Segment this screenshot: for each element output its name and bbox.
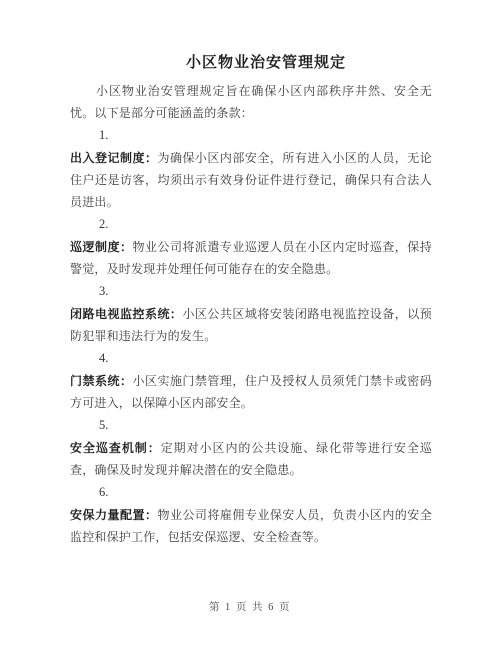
section-4-heading: 门禁系统： xyxy=(70,374,132,388)
section-6-heading: 安保力量配置： xyxy=(70,508,157,522)
list-number-1: 1. xyxy=(70,124,432,147)
section-5: 安全巡查机制：定期对小区内的公共设施、绿化带等进行安全巡查，确保及时发现并解决潜… xyxy=(70,437,432,481)
page-number-footer: 第 1 页 共 6 页 xyxy=(0,601,500,615)
list-number-4: 4. xyxy=(70,347,432,370)
list-number-2: 2. xyxy=(70,213,432,236)
section-2: 巡逻制度：物业公司将派遣专业巡逻人员在小区内定时巡查，保持警觉，及时发现并处理任… xyxy=(70,236,432,280)
section-5-heading: 安全巡查机制： xyxy=(70,441,161,455)
intro-paragraph: 小区物业治安管理规定旨在确保小区内部秩序井然、安全无忧。以下是部分可能涵盖的条款… xyxy=(70,80,432,124)
section-4: 门禁系统：小区实施门禁管理，住户及授权人员须凭门禁卡或密码方可进入，以保障小区内… xyxy=(70,370,432,414)
section-2-heading: 巡逻制度： xyxy=(70,240,132,254)
list-number-6: 6. xyxy=(70,481,432,504)
list-number-3: 3. xyxy=(70,280,432,303)
document-title: 小区物业治安管理规定 xyxy=(70,52,432,74)
section-6: 安保力量配置：物业公司将雇佣专业保安人员，负责小区内的安全监控和保护工作，包括安… xyxy=(70,504,432,548)
document-page: 小区物业治安管理规定 小区物业治安管理规定旨在确保小区内部秩序井然、安全无忧。以… xyxy=(0,0,500,647)
section-1-heading: 出入登记制度： xyxy=(70,151,157,165)
list-number-5: 5. xyxy=(70,414,432,437)
section-3-heading: 闭路电视监控系统： xyxy=(70,307,182,321)
section-1: 出入登记制度：为确保小区内部安全，所有进入小区的人员，无论住户还是访客，均须出示… xyxy=(70,147,432,213)
document-content: 小区物业治安管理规定 小区物业治安管理规定旨在确保小区内部秩序井然、安全无忧。以… xyxy=(70,52,432,548)
section-3: 闭路电视监控系统：小区公共区域将安装闭路电视监控设备，以预防犯罪和违法行为的发生… xyxy=(70,303,432,347)
